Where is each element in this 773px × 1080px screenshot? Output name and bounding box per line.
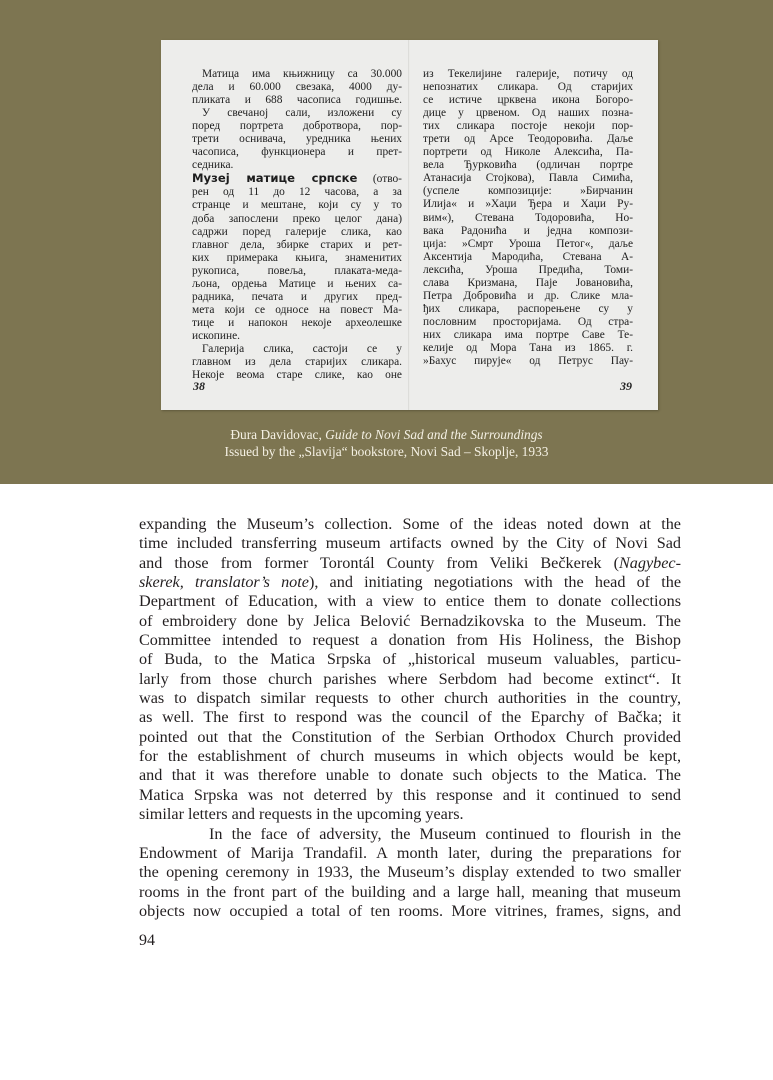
body-line: for the establishment of church museums … bbox=[139, 747, 681, 766]
scan-line: пословним просторијама. Од стра- bbox=[423, 316, 633, 329]
scan-line: мета који се односе на повест Ма- bbox=[192, 304, 402, 317]
body-line: Committee intended to request a donation… bbox=[139, 631, 681, 650]
body-line: Department of Education, with a view to … bbox=[139, 592, 681, 611]
scan-line: ђих сликара, распорењене су у bbox=[423, 303, 633, 316]
scan-line: рукописа, повеља, плаката-меда- bbox=[192, 265, 402, 278]
body-line: and those from former Torontál County fr… bbox=[139, 554, 681, 573]
scan-line: трети оснивача, уредника њених bbox=[192, 133, 402, 146]
scan-page-number-right: 39 bbox=[620, 379, 632, 394]
body-line-text: ), and initiating negotiations with the … bbox=[309, 573, 681, 591]
scan-line: дице у црвеном. Од наших позна- bbox=[423, 107, 633, 120]
scan-line: непознатих сликара. Од старијих bbox=[423, 81, 633, 94]
body-line: as well. The first to respond was the co… bbox=[139, 708, 681, 727]
figure-band: Матица има књижницу са 30.000 дела и 60.… bbox=[0, 0, 773, 484]
scan-line: часописа, функционера и прет- bbox=[192, 146, 402, 159]
scan-line: пликата и 688 часописа годишње. bbox=[192, 94, 402, 107]
italic-note: skerek, translator’s note bbox=[139, 573, 309, 591]
body-line: rooms in the front part of the building … bbox=[139, 883, 681, 902]
scan-line: лексића, Уроша Предића, Томи- bbox=[423, 264, 633, 277]
scan-line: Атанасија Стојкова), Павла Симића, bbox=[423, 172, 633, 185]
scan-line: тих сликара постоје некоји пор- bbox=[423, 120, 633, 133]
scan-line: Матица има књижницу са 30.000 bbox=[192, 68, 402, 81]
scan-line: вела Ђурковића (одличан портре bbox=[423, 159, 633, 172]
scan-line: Илија« и »Хаџи Ђера и Хаџи Ру- bbox=[423, 198, 633, 211]
caption-line-1: Đura Davidovac, Guide to Novi Sad and th… bbox=[0, 426, 773, 443]
scan-line: странце и мештане, који су у то bbox=[192, 199, 402, 212]
scan-line: Петра Добровића и др. Слике мла- bbox=[423, 290, 633, 303]
scan-line: трети од Арсе Теодоровића. Даље bbox=[423, 133, 633, 146]
scan-line: главног дела, збирке старих и рет- bbox=[192, 239, 402, 252]
scan-line: Музеј матице српске (отво- bbox=[192, 172, 402, 186]
scan-line-tail: (отво- bbox=[373, 173, 402, 185]
body-line: time included transferring museum artifa… bbox=[139, 534, 681, 553]
body-line: larly from those church parishes where S… bbox=[139, 670, 681, 689]
scan-line: портрети од Николе Алексића, Па- bbox=[423, 146, 633, 159]
body-line: of embroidery done by Jelica Belović Ber… bbox=[139, 612, 681, 631]
scan-line: них сликара има портре Саве Те- bbox=[423, 329, 633, 342]
scan-line: радника, печата и других пред- bbox=[192, 291, 402, 304]
scanned-guidebook-spread: Матица има књижницу са 30.000 дела и 60.… bbox=[161, 40, 658, 410]
scan-line: Некоје веома старе слике, као оне bbox=[192, 369, 402, 382]
book-spine bbox=[408, 40, 410, 410]
scan-right-page: из Текелијине галерије, потичу од непозн… bbox=[423, 68, 633, 368]
body-line: of Buda, to the Matica Srpska of „histor… bbox=[139, 650, 681, 669]
scan-line: ископине. bbox=[192, 330, 402, 343]
scan-line: дела и 60.000 свезака, 4000 ду- bbox=[192, 81, 402, 94]
scan-line: се истиче црквена икона Богоро- bbox=[423, 94, 633, 107]
scan-line: У свечаној сали, изложени су bbox=[192, 107, 402, 120]
scan-line: вим«), Стевана Тодоровића, Но- bbox=[423, 212, 633, 225]
caption-title: Guide to Novi Sad and the Surroundings bbox=[325, 427, 542, 442]
scan-line: Аксентија Мародића, Стевана А- bbox=[423, 251, 633, 264]
scan-page-number-left: 38 bbox=[193, 379, 205, 394]
body-line: and that it was therefore unable to dona… bbox=[139, 766, 681, 785]
body-line: pointed out that the Constitution of the… bbox=[139, 728, 681, 747]
scan-line: из Текелијине галерије, потичу од bbox=[423, 68, 633, 81]
scan-line: рен од 11 до 12 часова, а за bbox=[192, 186, 402, 199]
scan-line: ција: »Смрт Уроша Петог«, даље bbox=[423, 238, 633, 251]
italic-term: Nagybec- bbox=[619, 554, 681, 572]
scan-line: слава Кризмана, Паје Јовановића, bbox=[423, 277, 633, 290]
body-line: Matica Srpska was not deterred by this r… bbox=[139, 786, 681, 805]
scan-line: главном из дела старијих сликара. bbox=[192, 356, 402, 369]
scan-heading: Музеј матице српске bbox=[192, 171, 357, 185]
scan-left-page: Матица има књижницу са 30.000 дела и 60.… bbox=[192, 68, 402, 382]
scan-line: вака Радонића и једна компози- bbox=[423, 225, 633, 238]
body-line: was to dispatch similar requests to othe… bbox=[139, 689, 681, 708]
scan-line: доба запослени преко целог дана) bbox=[192, 213, 402, 226]
body-line: skerek, translator’s note), and initiati… bbox=[139, 573, 681, 592]
body-text: expanding the Museum’s collection. Some … bbox=[139, 515, 681, 921]
scan-line: »Бахус пирује« од Петрус Пау- bbox=[423, 355, 633, 368]
body-line: Endowment of Marija Trandafil. A month l… bbox=[139, 844, 681, 863]
caption-author: Đura Davidovac, bbox=[230, 427, 325, 442]
body-line: expanding the Museum’s collection. Some … bbox=[139, 515, 681, 534]
body-line-text: and those from former Torontál County fr… bbox=[139, 554, 619, 572]
scan-line: (успеле композиције: »Бирчанин bbox=[423, 185, 633, 198]
body-line: objects now occupied a total of ten room… bbox=[139, 902, 681, 921]
body-line: similar letters and requests in the upco… bbox=[139, 805, 681, 824]
scan-line: ких примерака књига, знаменитих bbox=[192, 252, 402, 265]
body-line: In the face of adversity, the Museum con… bbox=[139, 825, 681, 844]
scan-line: љона, ордења Матице и њених са- bbox=[192, 278, 402, 291]
scan-line: поред портрета добротвора, пор- bbox=[192, 120, 402, 133]
scan-line: садржи поред галерије слика, као bbox=[192, 226, 402, 239]
scan-line: тице и напокон некоје археолешке bbox=[192, 317, 402, 330]
figure-caption: Đura Davidovac, Guide to Novi Sad and th… bbox=[0, 426, 773, 460]
scan-line: келије од Мора Тана из 1865. г. bbox=[423, 342, 633, 355]
page-number: 94 bbox=[139, 932, 155, 950]
caption-line-2: Issued by the „Slavija“ bookstore, Novi … bbox=[0, 443, 773, 460]
body-line: the opening ceremony in 1933, the Museum… bbox=[139, 863, 681, 882]
scan-line: Галерија слика, састоји се у bbox=[192, 343, 402, 356]
